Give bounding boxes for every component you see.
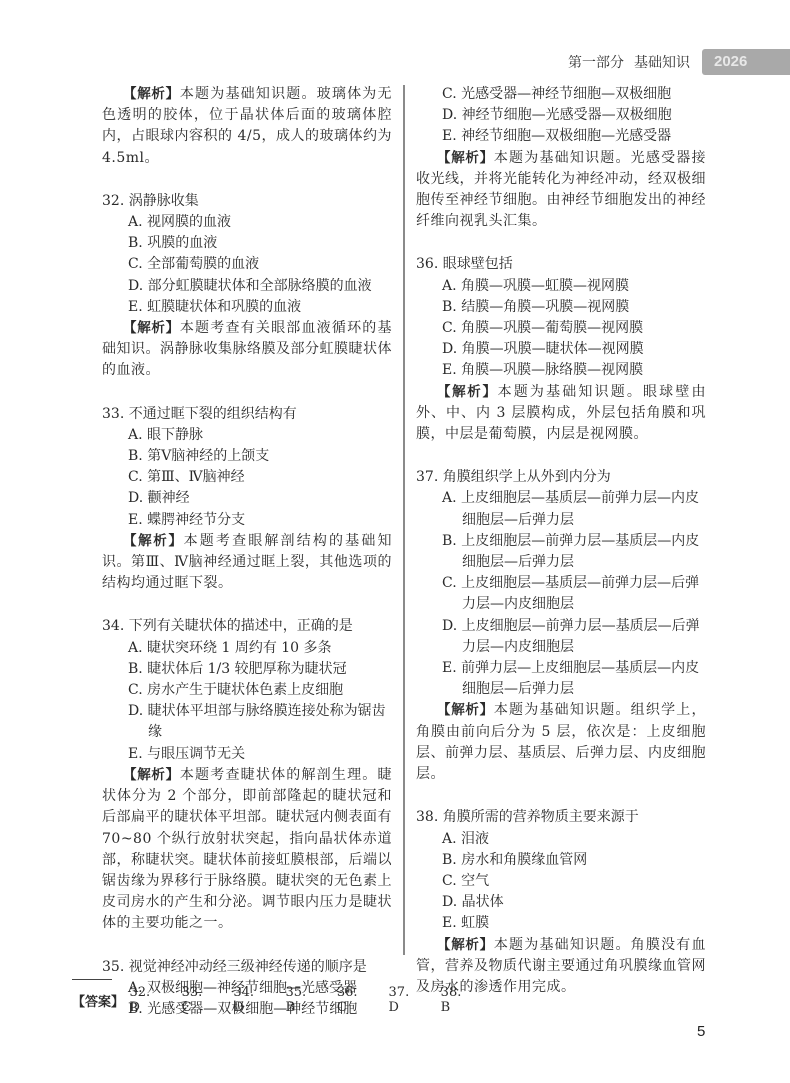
option-b: B. 睫状体后 1/3 较肥厚称为睫状冠 — [122, 659, 392, 680]
question-38: 38. 角膜所需的营养物质主要来源于 A. 泪液 B. 房水和角膜缘血管网 C.… — [416, 807, 706, 998]
option-c: C. 第Ⅲ、Ⅳ脑神经 — [122, 467, 392, 488]
option-c: C. 房水产生于睫状体色素上皮细胞 — [122, 680, 392, 701]
analysis: 【解析】本题考查睫状体的解剖生理。睫状体分为 2 个部分，即前部隆起的睫状冠和后… — [102, 765, 392, 935]
analysis: 【解析】本题为基础知识题。组织学上，角膜由前向后分为 5 层，依次是：上皮细胞层… — [416, 700, 706, 785]
option-d: D. 晶状体 — [436, 892, 706, 913]
question-stem: 33. 不通过眶下裂的组织结构有 — [102, 404, 392, 425]
answer-35: 35. B — [285, 985, 316, 1015]
option-c: C. 全部葡萄膜的血液 — [122, 254, 392, 275]
option-b: B. 结膜—角膜—巩膜—视网膜 — [436, 297, 706, 318]
option-a: A. 泪液 — [436, 829, 706, 850]
option-d: D. 神经节细胞—光感受器—双极细胞 — [436, 105, 706, 126]
option-b: B. 上皮细胞层—前弹力层—基质层—内皮细胞层—后弹力层 — [436, 531, 706, 573]
option-a: A. 睫状突环绕 1 周约有 10 多条 — [122, 638, 392, 659]
option-b: B. 巩膜的血液 — [122, 233, 392, 254]
question-33: 33. 不通过眶下裂的组织结构有 A. 眼下静脉 B. 第Ⅴ脑神经的上颌支 C.… — [102, 404, 392, 595]
answer-38: 38. B — [441, 985, 472, 1015]
right-column: C. 光感受器—神经节细胞—双极细胞 D. 神经节细胞—光感受器—双极细胞 E.… — [416, 84, 706, 998]
option-c: C. 空气 — [436, 871, 706, 892]
analysis: 【解析】本题考查眼解剖结构的基础知识。第Ⅲ、Ⅳ脑神经通过眶上裂，其他选项的结构均… — [102, 531, 392, 595]
option-c: C. 上皮细胞层—基质层—前弹力层—后弹力层—内皮细胞层 — [436, 573, 706, 615]
answer-37: 37. D — [389, 985, 421, 1015]
option-a: A. 视网膜的血液 — [122, 212, 392, 233]
answer-key-label: 【答案】 — [72, 991, 119, 1010]
option-e: E. 神经节细胞—双极细胞—光感受器 — [436, 126, 706, 147]
question-stem: 34. 下列有关睫状体的描述中，正确的是 — [102, 616, 392, 637]
header-part: 第一部分 — [568, 52, 624, 72]
analysis: 【解析】本题为基础知识题。光感受器接收光线，并将光能转化为神经冲动，经双极细胞传… — [416, 148, 706, 233]
question-37: 37. 角膜组织学上从外到内分为 A. 上皮细胞层—基质层—前弹力层—内皮细胞层… — [416, 467, 706, 785]
option-a: A. 角膜—巩膜—虹膜—视网膜 — [436, 276, 706, 297]
question-stem: 37. 角膜组织学上从外到内分为 — [416, 467, 706, 488]
analysis: 【解析】本题考查有关眼部血液循环的基础知识。涡静脉收集脉络膜及部分虹膜睫状体的血… — [102, 318, 392, 382]
question-35-continued: C. 光感受器—神经节细胞—双极细胞 D. 神经节细胞—光感受器—双极细胞 E.… — [416, 84, 706, 232]
option-c: C. 角膜—巩膜—葡萄膜—视网膜 — [436, 318, 706, 339]
question-stem: 32. 涡静脉收集 — [102, 191, 392, 212]
answer-key: 【答案】 32. D 33. C 34. D 35. B 36. C 37. D… — [72, 985, 492, 1015]
running-header: 第一部分 基础知识 2026 — [568, 48, 790, 76]
header-section: 基础知识 — [634, 52, 690, 72]
option-e: E. 蝶腭神经节分支 — [122, 510, 392, 531]
left-column: 【解析】本题为基础知识题。玻璃体为无色透明的胶体，位于晶状体后面的玻璃体腔内，占… — [102, 84, 392, 1020]
option-b: B. 第Ⅴ脑神经的上颌支 — [122, 446, 392, 467]
analysis: 【解析】本题为基础知识题。眼球壁由外、中、内 3 层膜构成，外层包括角膜和巩膜，… — [416, 382, 706, 446]
option-d: D. 角膜—巩膜—睫状体—视网膜 — [436, 339, 706, 360]
option-d: D. 颧神经 — [122, 488, 392, 509]
answer-36: 36. C — [337, 985, 369, 1015]
option-d: D. 部分虹膜睫状体和全部脉络膜的血液 — [122, 276, 392, 297]
question-32: 32. 涡静脉收集 A. 视网膜的血液 B. 巩膜的血液 C. 全部葡萄膜的血液… — [102, 191, 392, 382]
analysis-31-cont: 【解析】本题为基础知识题。玻璃体为无色透明的胶体，位于晶状体后面的玻璃体腔内，占… — [102, 84, 392, 169]
column-divider — [403, 85, 405, 955]
option-a: A. 眼下静脉 — [122, 425, 392, 446]
question-stem: 35. 视觉神经冲动经三级神经传递的顺序是 — [102, 957, 392, 978]
question-stem: 38. 角膜所需的营养物质主要来源于 — [416, 807, 706, 828]
option-e: E. 虹膜睫状体和巩膜的血液 — [122, 297, 392, 318]
option-e: E. 与眼压调节无关 — [122, 744, 392, 765]
question-36: 36. 眼球壁包括 A. 角膜—巩膜—虹膜—视网膜 B. 结膜—角膜—巩膜—视网… — [416, 254, 706, 445]
option-e: E. 虹膜 — [436, 913, 706, 934]
answer-32: 32. D — [129, 985, 161, 1015]
option-c: C. 光感受器—神经节细胞—双极细胞 — [436, 84, 706, 105]
option-a: A. 上皮细胞层—基质层—前弹力层—内皮细胞层—后弹力层 — [436, 488, 706, 530]
answer-33: 33. C — [182, 985, 214, 1015]
answer-key-rule — [72, 979, 112, 980]
year-badge: 2026 — [702, 49, 790, 75]
question-stem: 36. 眼球壁包括 — [416, 254, 706, 275]
option-e: E. 角膜—巩膜—脉络膜—视网膜 — [436, 360, 706, 381]
answer-34: 34. D — [233, 985, 265, 1015]
question-34: 34. 下列有关睫状体的描述中，正确的是 A. 睫状突环绕 1 周约有 10 多… — [102, 616, 392, 934]
page-number: 5 — [697, 1023, 705, 1040]
option-e: E. 前弹力层—上皮细胞层—基质层—内皮细胞层—后弹力层 — [436, 658, 706, 700]
option-d: D. 上皮细胞层—前弹力层—基质层—后弹力层—内皮细胞层 — [436, 616, 706, 658]
option-b: B. 房水和角膜缘血管网 — [436, 850, 706, 871]
option-d: D. 睫状体平坦部与脉络膜连接处称为锯齿缘 — [122, 701, 392, 743]
